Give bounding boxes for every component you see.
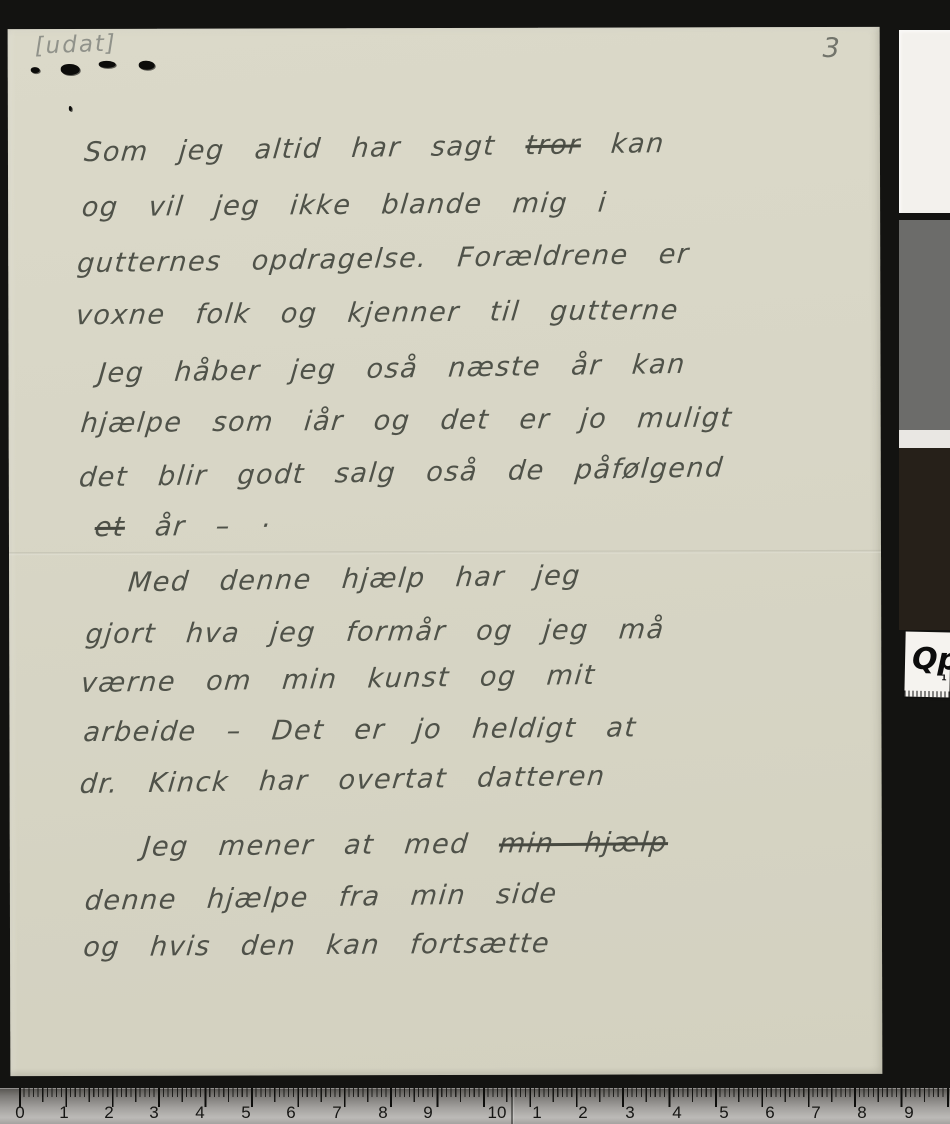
line-text: voxne folk og kjenner til gutterne [74, 295, 680, 331]
handwritten-line: Med denne hjælp har jeg [127, 562, 582, 596]
qp-scale-number: 1 [941, 673, 947, 682]
handwritten-line: et år – · [93, 513, 272, 542]
line-text: Jeg håber jeg oså næste år kan [97, 349, 687, 389]
letter-paper: [udat] 3 Som jeg altid har sagt tror kan… [8, 27, 883, 1076]
line-text: denne hjælpe fra min side [83, 878, 559, 916]
line-text: gutternes opdragelse. Forældrene er [76, 239, 691, 280]
handwritten-line: og hvis den kan fortsætte [82, 930, 551, 961]
handwritten-line: Jeg mener at med min hjælp [141, 829, 669, 861]
ruler-number: 9 [904, 1103, 913, 1123]
handwritten-line: det blir godt salg oså de påfølgend [78, 454, 725, 491]
ruler-number: 7 [332, 1103, 341, 1123]
handwritten-text-block: Som jeg altid har sagt tror kanog vil je… [4, 24, 885, 1079]
ruler-number: 8 [857, 1103, 866, 1123]
line-text: og vil jeg ikke blande mig i [80, 188, 608, 224]
ruler-overlap-seam [511, 1088, 513, 1124]
grayscale-calibration-strip: Qp 1 [899, 28, 950, 1075]
handwritten-line: hjælpe som iår og det er jo muligt [80, 404, 734, 437]
ruler-number: 0 [15, 1103, 24, 1123]
ruler-number: 3 [625, 1103, 634, 1123]
line-text: Jeg mener at med [141, 829, 500, 863]
struck-word: tror [524, 129, 582, 161]
calibration-patch-gray [899, 220, 950, 430]
archival-photo-of-handwritten-letter: { "colors": { "background": "#131311", "… [0, 0, 950, 1124]
ruler-number: 10 [488, 1103, 507, 1123]
handwritten-line: gjort hva jeg formår og jeg må [84, 616, 666, 648]
struck-word: et [93, 512, 126, 543]
ruler-number: 9 [423, 1103, 432, 1123]
line-text: og hvis den kan fortsætte [82, 928, 552, 963]
ruler-number: 8 [378, 1103, 387, 1123]
ruler-number: 7 [811, 1103, 820, 1123]
handwritten-line: og vil jeg ikke blande mig i [81, 190, 609, 222]
qp-card-label: Qp 1 [904, 632, 950, 698]
ruler-number: 2 [578, 1103, 587, 1123]
ruler-number: 4 [195, 1103, 204, 1123]
ruler-number: 6 [286, 1103, 295, 1123]
calibration-patch-lightgray [899, 430, 950, 448]
handwritten-line: Jeg håber jeg oså næste år kan [97, 351, 687, 387]
handwritten-line: gutternes opdragelse. Forældrene er [76, 241, 691, 278]
line-text: arbeide – Det er jo heldigt at [82, 712, 638, 748]
line-text: Med denne hjælp har jeg [127, 560, 583, 598]
ruler-number: 3 [149, 1103, 158, 1123]
handwritten-line: denne hjælpe fra min side [84, 880, 559, 914]
ruler-number: 1 [59, 1103, 68, 1123]
line-text: gjort hva jeg formår og jeg må [84, 614, 666, 650]
ruler-number: 2 [104, 1103, 113, 1123]
ruler-number: 5 [241, 1103, 250, 1123]
ruler-number: 5 [719, 1103, 728, 1123]
struck-word: min hjælp [498, 827, 670, 860]
line-text: det blir godt salg oså de påfølgend [78, 452, 725, 493]
qp-logo-text: Qp [912, 642, 950, 678]
handwritten-line: værne om min kunst og mit [80, 662, 597, 697]
ruler-number: 6 [765, 1103, 774, 1123]
line-text: værne om min kunst og mit [80, 660, 597, 699]
calibration-patch-black [899, 448, 950, 630]
handwritten-line: dr. Kinck har overtat datteren [79, 763, 607, 798]
line-text: kan [580, 128, 667, 160]
line-text: år – · [123, 511, 272, 543]
handwritten-line: voxne folk og kjenner til gutterne [75, 297, 681, 329]
ruler-number: 1 [532, 1103, 541, 1123]
measurement-ruler: 012345678910123456789 [0, 1088, 950, 1124]
handwritten-line: arbeide – Det er jo heldigt at [82, 714, 638, 746]
line-text: dr. Kinck har overtat datteren [78, 761, 607, 800]
qp-mm-ticks [904, 691, 949, 698]
line-text: Som jeg altid har sagt [83, 130, 527, 168]
ruler-number: 4 [672, 1103, 681, 1123]
line-text: hjælpe som iår og det er jo muligt [79, 402, 734, 439]
handwritten-line: Som jeg altid har sagt tror kan [83, 130, 666, 166]
calibration-patch-white [899, 30, 950, 213]
